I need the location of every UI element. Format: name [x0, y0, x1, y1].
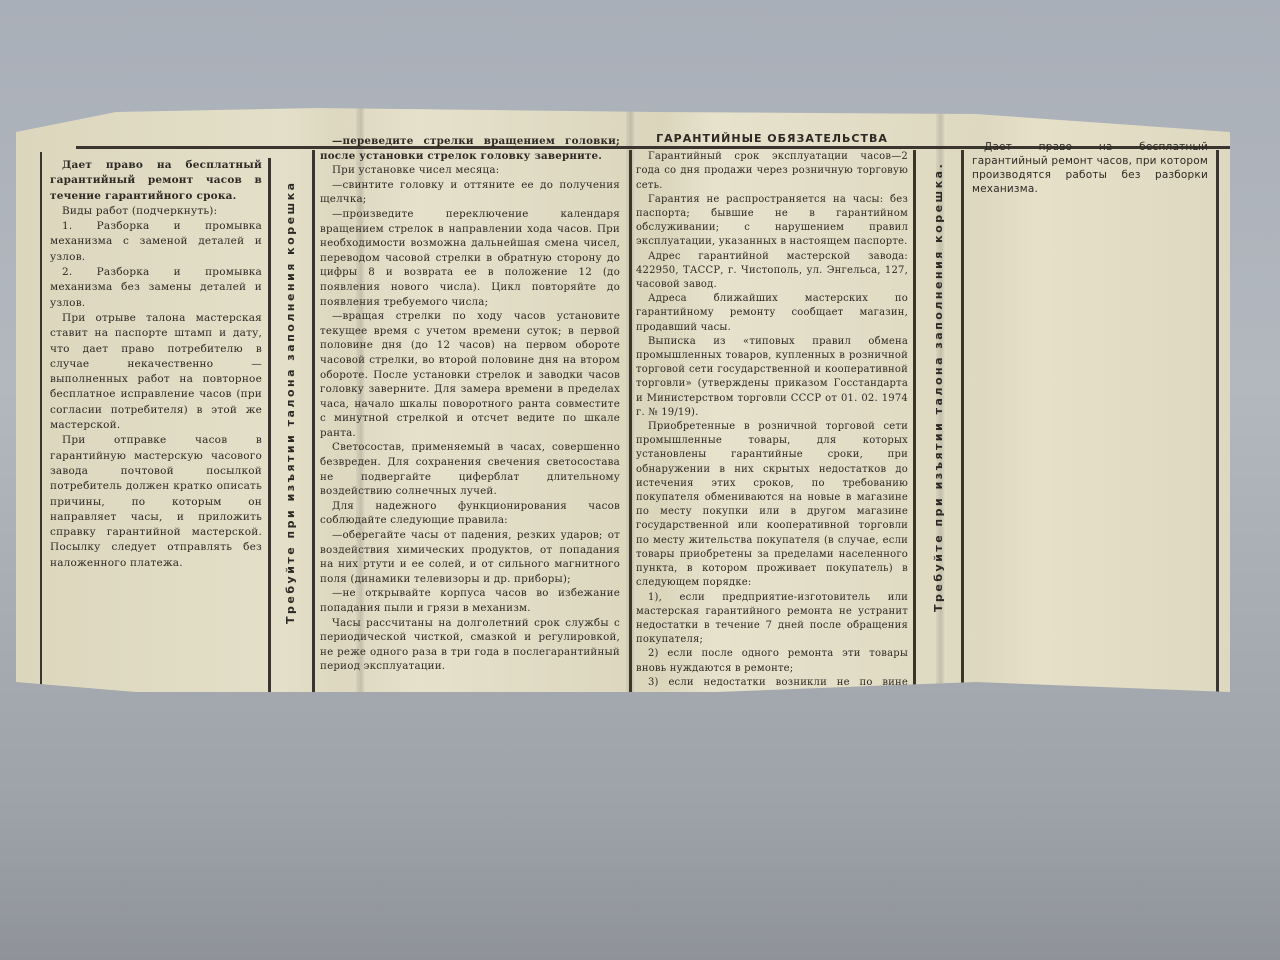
instruction-text: —не открывайте корпуса часов во избежани…	[320, 586, 620, 615]
panel3-right-border	[913, 150, 916, 710]
panel4-right-border	[1216, 150, 1219, 710]
warranty-text: 1), если предприятие-изготовитель или ма…	[636, 591, 908, 648]
warranty-text: Адрес гарантийной мастерской завода: 422…	[636, 250, 908, 293]
warranty-sheet: Дает право на бесплатный гарантийный рем…	[16, 92, 1280, 740]
stub-instruction-left: Требуйте при изъятии талона заполнения к…	[284, 180, 297, 624]
instruction-text: При установке чисел месяца:	[320, 163, 620, 178]
instruction-text: —произведите переключение календаря вращ…	[320, 207, 620, 309]
panel-warranty-obligations: ГАРАНТИЙНЫЕ ОБЯЗАТЕЛЬСТВА Гарантийный ср…	[636, 132, 908, 818]
left-border	[40, 152, 42, 712]
panel2-left-border	[312, 150, 315, 710]
instruction-text: —оберегайте часы от падения, резких удар…	[320, 528, 620, 586]
coupon-text: Виды работ (подчеркнуть):	[50, 204, 262, 219]
panel-instructions: —переведите стрелки вращением головки; п…	[320, 134, 620, 674]
coupon-right-text: Дает право на бесплатный гарантийный рем…	[972, 140, 1208, 196]
warranty-text: Гарантия не распространяется на часы: бе…	[636, 193, 908, 250]
stub-instruction-right: Требуйте при изъятии талона заполнения к…	[932, 162, 945, 612]
instruction-text: Часы рассчитаны на долголетний срок служ…	[320, 616, 620, 674]
coupon-text: При отправке часов в гарантийную мастерс…	[50, 433, 262, 571]
panel-coupon-left: Дает право на бесплатный гарантийный рем…	[50, 158, 262, 571]
instruction-text: —переведите стрелки вращением головки; п…	[320, 134, 620, 163]
panel-coupon-right: Дает право на бесплатный гарантийный рем…	[972, 140, 1208, 196]
coupon-text: 1. Разборка и промывка механизма с замен…	[50, 219, 262, 265]
warranty-text: Адреса ближайших мастерских по гарантийн…	[636, 292, 908, 335]
coupon-text: 2. Разборка и промывка механизма без зам…	[50, 265, 262, 311]
panel4-left-border	[961, 150, 964, 710]
warranty-text: Гарантийный срок эксплуатации часов—2 го…	[636, 150, 908, 193]
panel3-left-border	[629, 150, 632, 710]
stub-divider-left	[268, 158, 271, 718]
instruction-text: Для надежного функционирования часов соб…	[320, 499, 620, 528]
instruction-text: —вращая стрелки по ходу часов установите…	[320, 309, 620, 440]
warranty-text: 3) если недостатки возникли не по вине п…	[636, 676, 908, 761]
warranty-text: Замена часов или возмещение уплаченной п…	[636, 761, 908, 818]
instruction-text: —свинтите головку и оттяните ее до получ…	[320, 178, 620, 207]
warranty-text: Приобретенные в розничной торговой сети …	[636, 420, 908, 590]
coupon-text: При отрыве талона мастерская ставит на п…	[50, 311, 262, 433]
warranty-title: ГАРАНТИЙНЫЕ ОБЯЗАТЕЛЬСТВА	[636, 132, 908, 146]
instruction-text: Светосостав, применяемый в часах, соверш…	[320, 440, 620, 498]
warranty-text: 2) если после одного ремонта эти товары …	[636, 647, 908, 675]
coupon-text: Дает право на бесплатный гарантийный рем…	[50, 158, 262, 204]
bottom-border-line	[56, 720, 1216, 723]
warranty-text: Выписка из «типовых правил обмена промыш…	[636, 335, 908, 420]
